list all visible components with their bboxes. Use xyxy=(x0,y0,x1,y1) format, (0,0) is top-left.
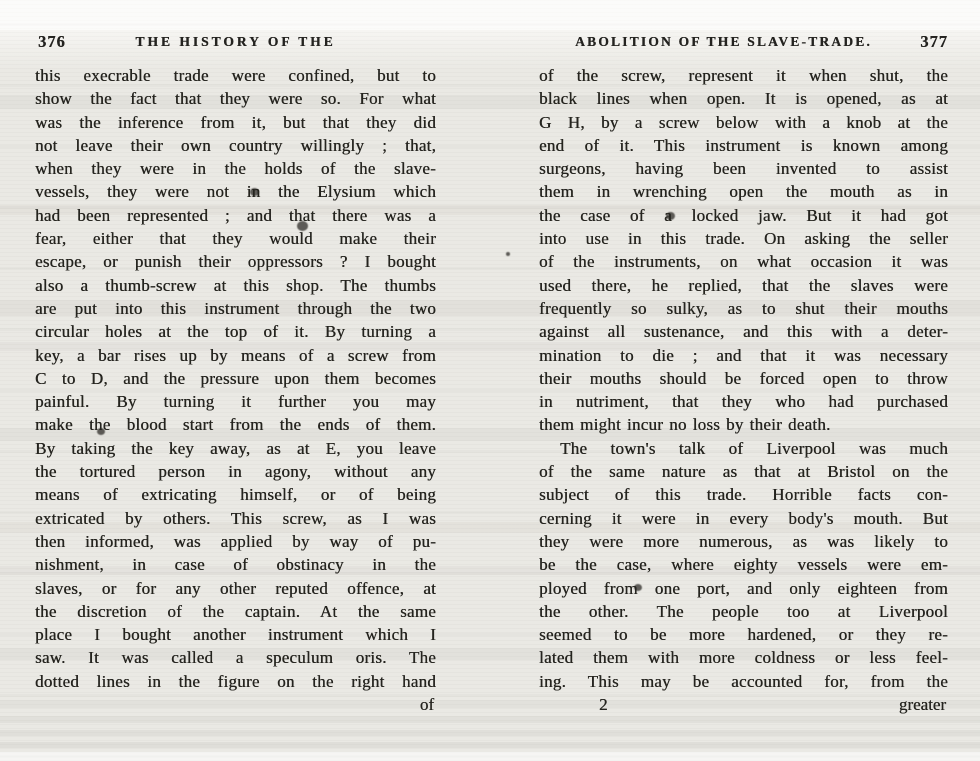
text-line: place I bought another instrument which … xyxy=(35,623,436,646)
scan-streak xyxy=(0,716,980,723)
right-page-body: of the screw, represent it when shut, th… xyxy=(539,64,948,693)
text-line: they were more numerous, as was likely t… xyxy=(539,530,948,553)
text-line: surgeons, having been invented to assist xyxy=(539,157,948,180)
scan-streak xyxy=(0,742,980,748)
text-line: The town's talk of Liverpool was much xyxy=(539,437,948,460)
text-line: of the same nature as that at Bristol on… xyxy=(539,460,948,483)
text-line: subject of this trade. Horrible facts co… xyxy=(539,483,948,506)
left-running-title: THE HISTORY OF THE xyxy=(35,30,436,50)
text-line: mination to die ; and that it was necess… xyxy=(539,344,948,367)
text-line: By taking the key away, as at E, you lea… xyxy=(35,437,436,460)
text-line: into use in this trade. On asking the se… xyxy=(539,227,948,250)
left-page-footer: of xyxy=(35,693,436,716)
text-line: seemed to be more hardened, or they re- xyxy=(539,623,948,646)
text-line: them might incur no loss by their death. xyxy=(539,413,948,436)
text-line: in nutriment, that they who had purchase… xyxy=(539,390,948,413)
scanned-book-spread: 376 THE HISTORY OF THE this execrable tr… xyxy=(0,0,980,761)
text-line: black lines when open. It is opened, as … xyxy=(539,87,948,110)
left-page-number: 376 xyxy=(38,32,66,52)
right-page-number: 377 xyxy=(920,32,948,52)
catchword: greater xyxy=(899,693,946,716)
text-line: vessels, they were not in the Elysium wh… xyxy=(35,180,436,203)
text-line: also a thumb-screw at this shop. The thu… xyxy=(35,274,436,297)
text-line: the discretion of the captain. At the sa… xyxy=(35,600,436,623)
text-line: slaves, or for any other reputed offence… xyxy=(35,577,436,600)
text-line: fear, either that they would make their xyxy=(35,227,436,250)
text-line: G H, by a screw below with a knob at the xyxy=(539,111,948,134)
text-line: show the fact that they were so. For wha… xyxy=(35,87,436,110)
text-line: the case of a locked jaw. But it had got xyxy=(539,204,948,227)
scan-streak xyxy=(0,730,980,736)
text-line: the other. The people too at Liverpool xyxy=(539,600,948,623)
text-line: frequently so sulky, as to shut their mo… xyxy=(539,297,948,320)
left-page-header: 376 THE HISTORY OF THE xyxy=(35,30,436,52)
text-line: dotted lines in the figure on the right … xyxy=(35,670,436,693)
text-line: not leave their own country willingly ; … xyxy=(35,134,436,157)
right-page-header: ABOLITION OF THE SLAVE-TRADE. 377 xyxy=(539,30,948,52)
text-line: C to D, and the pressure upon them becom… xyxy=(35,367,436,390)
text-line: used there, he replied, that the slaves … xyxy=(539,274,948,297)
text-line: means of extricating himself, or of bein… xyxy=(35,483,436,506)
scan-streak xyxy=(0,0,980,30)
text-line: cerning it were in every body's mouth. B… xyxy=(539,507,948,530)
text-line: lated them with more coldness or less fe… xyxy=(539,646,948,669)
right-page: ABOLITION OF THE SLAVE-TRADE. 377 of the… xyxy=(539,30,948,716)
text-line: nishment, in case of obstinacy in the xyxy=(35,553,436,576)
left-page-body: this execrable trade were confined, but … xyxy=(35,64,436,693)
catchword: of xyxy=(420,693,434,716)
text-line: make the blood start from the ends of th… xyxy=(35,413,436,436)
text-line: escape, or punish their oppressors ? I b… xyxy=(35,250,436,273)
text-line: key, a bar rises up by means of a screw … xyxy=(35,344,436,367)
text-line: circular holes at the top of it. By turn… xyxy=(35,320,436,343)
text-line: the tortured person in agony, without an… xyxy=(35,460,436,483)
text-line: of the instruments, on what occasion it … xyxy=(539,250,948,273)
text-line: extricated by others. This screw, as I w… xyxy=(35,507,436,530)
text-line: ployed from one port, and only eighteen … xyxy=(539,577,948,600)
text-line: of the screw, represent it when shut, th… xyxy=(539,64,948,87)
text-line: then informed, was applied by way of pu- xyxy=(35,530,436,553)
left-page: 376 THE HISTORY OF THE this execrable tr… xyxy=(35,30,436,716)
text-line: end of it. This instrument is known amon… xyxy=(539,134,948,157)
text-line: this execrable trade were confined, but … xyxy=(35,64,436,87)
text-line: had been represented ; and that there wa… xyxy=(35,204,436,227)
text-line: ing. This may be accounted for, from the xyxy=(539,670,948,693)
right-running-title: ABOLITION OF THE SLAVE-TRADE. xyxy=(539,30,948,50)
right-page-footer: 2 greater xyxy=(539,693,948,716)
ink-speck xyxy=(506,252,510,256)
text-line: are put into this instrument through the… xyxy=(35,297,436,320)
text-line: was the inference from it, but that they… xyxy=(35,111,436,134)
text-line: when they were in the holds of the slave… xyxy=(35,157,436,180)
text-line: their mouths should be forced open to th… xyxy=(539,367,948,390)
text-line: painful. By turning it further you may xyxy=(35,390,436,413)
text-line: be the case, where eighty vessels were e… xyxy=(539,553,948,576)
signature-mark: 2 xyxy=(599,693,609,716)
scan-streak xyxy=(0,752,980,761)
text-line: saw. It was called a speculum oris. The xyxy=(35,646,436,669)
text-line: against all sustenance, and this with a … xyxy=(539,320,948,343)
text-line: them in wrenching open the mouth as in xyxy=(539,180,948,203)
